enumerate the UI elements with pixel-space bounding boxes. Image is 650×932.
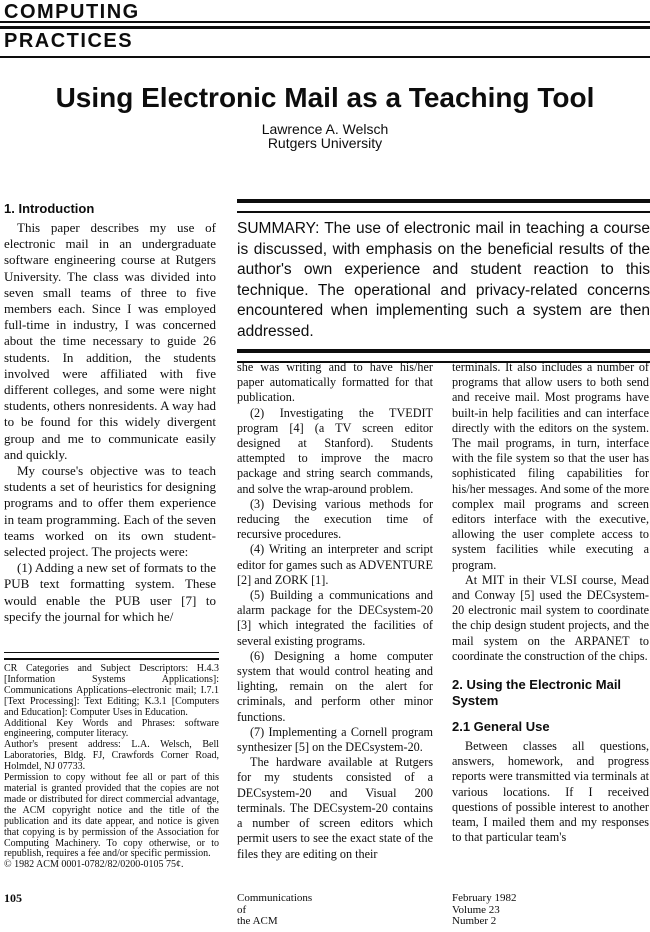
author-affiliation: Rutgers University — [0, 136, 650, 151]
paragraph: (5) Building a communications and alarm … — [237, 588, 433, 649]
footer-line: February 1982 — [452, 893, 516, 905]
paragraph: This paper describes my use of electroni… — [4, 220, 216, 463]
summary-text: SUMMARY: The use of electronic mail in t… — [237, 213, 650, 349]
paragraph: My course's objective was to teach stude… — [4, 463, 216, 560]
footer-line: Communications — [237, 893, 312, 905]
paragraph: © 1982 ACM 0001-0782/82/0200-0105 75¢. — [4, 860, 219, 871]
paragraph: CR Categories and Subject Descriptors: H… — [4, 664, 219, 719]
masthead-practices: PRACTICES — [4, 31, 133, 51]
section-heading-introduction: 1. Introduction — [4, 201, 216, 217]
paragraph: she was writing and to have his/her pape… — [237, 360, 433, 406]
column-right: terminals. It also includes a number of … — [452, 360, 649, 892]
masthead-rule-bottom — [0, 56, 650, 58]
column-middle: she was writing and to have his/her pape… — [237, 360, 433, 892]
footnote-rule — [4, 652, 219, 660]
masthead-rule-thin — [0, 21, 650, 23]
footer-issue-info: February 1982Volume 23Number 2 — [452, 893, 516, 928]
footnote-list: CR Categories and Subject Descriptors: H… — [4, 664, 219, 871]
paragraph: Author's present address: L.A. Welsch, B… — [4, 740, 219, 773]
paragraph: (6) Designing a home computer system tha… — [237, 649, 433, 725]
paragraph: At MIT in their VLSI course, Mead and Co… — [452, 573, 649, 664]
footer-line: the ACM — [237, 916, 312, 928]
paragraph: (3) Devising various methods for reducin… — [237, 497, 433, 543]
paper-page: COMPUTING PRACTICES Using Electronic Mai… — [0, 0, 650, 932]
paragraph: Between classes all questions, answers, … — [452, 739, 649, 845]
section-heading: 2. Using the Electronic Mail System — [452, 677, 649, 709]
section-heading: 2.1 General Use — [452, 719, 649, 735]
paragraph: terminals. It also includes a number of … — [452, 360, 649, 573]
paragraph: The hardware available at Rutgers for my… — [237, 755, 433, 861]
right-column-blocks: terminals. It also includes a number of … — [452, 360, 649, 845]
footer-line: Number 2 — [452, 916, 516, 928]
footer-journal-name: Communicationsofthe ACM — [237, 893, 312, 928]
masthead-computing: COMPUTING — [4, 2, 140, 22]
summary-rule-top — [237, 199, 650, 213]
paragraph: (2) Investigating the TVEDIT program [4]… — [237, 406, 433, 497]
paragraph: Additional Key Words and Phrases: softwa… — [4, 719, 219, 741]
paragraph: (4) Writing an interpreter and script ed… — [237, 542, 433, 588]
masthead-rule-thick — [0, 26, 650, 29]
paragraph: Permission to copy without fee all or pa… — [4, 773, 219, 860]
footnote-block: CR Categories and Subject Descriptors: H… — [4, 652, 219, 871]
middle-column-paragraphs: she was writing and to have his/her pape… — [237, 360, 433, 862]
page-title: Using Electronic Mail as a Teaching Tool — [0, 83, 650, 113]
paragraph: (1) Adding a new set of formats to the P… — [4, 560, 216, 625]
left-column-paragraphs: This paper describes my use of electroni… — [4, 220, 216, 625]
summary-box: SUMMARY: The use of electronic mail in t… — [237, 199, 650, 363]
column-left: 1. Introduction This paper describes my … — [4, 201, 216, 651]
paragraph: (7) Implementing a Cornell program synth… — [237, 725, 433, 755]
page-number: 105 — [4, 893, 22, 905]
